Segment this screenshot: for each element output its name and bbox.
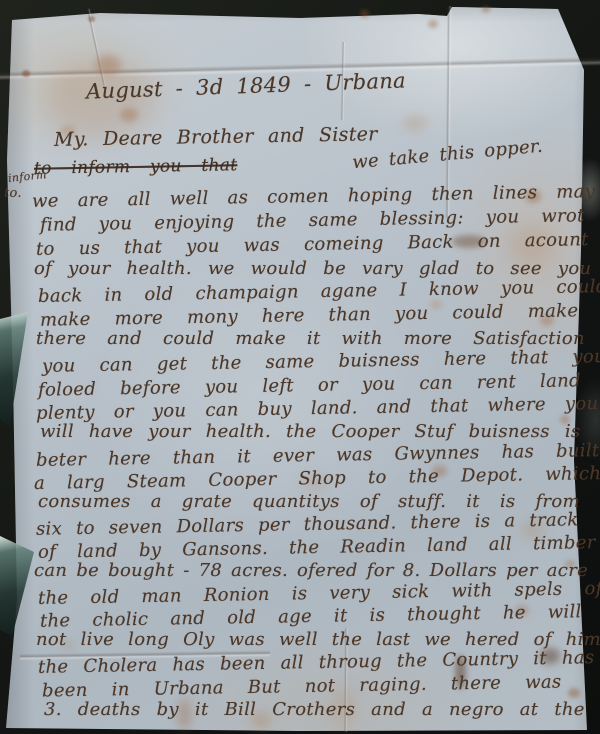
letter-line-margin: to.: [4, 186, 22, 201]
photo-background: August - 3d 1849 - UrbanaMy. Deare Broth…: [0, 0, 600, 734]
letter-line-body: of your health. we would be vary glad to…: [34, 258, 591, 279]
letter-line-body: there and could make it with more Satisf…: [36, 328, 585, 349]
letter-line-body: consumes a grate quantitys of stuff. it …: [38, 491, 580, 512]
letter-line-body: will have your health. the Cooper Stuf b…: [40, 421, 580, 442]
letter-line-body: can be bought - 78 acres. ofered for 8. …: [34, 560, 588, 581]
letter-line-body: not live long Oly was well the last we h…: [36, 629, 600, 650]
letter-line-body: 3. deaths by it Bill Crothers and a negr…: [44, 699, 585, 720]
letter-line-struck: to inform you that: [34, 155, 238, 179]
